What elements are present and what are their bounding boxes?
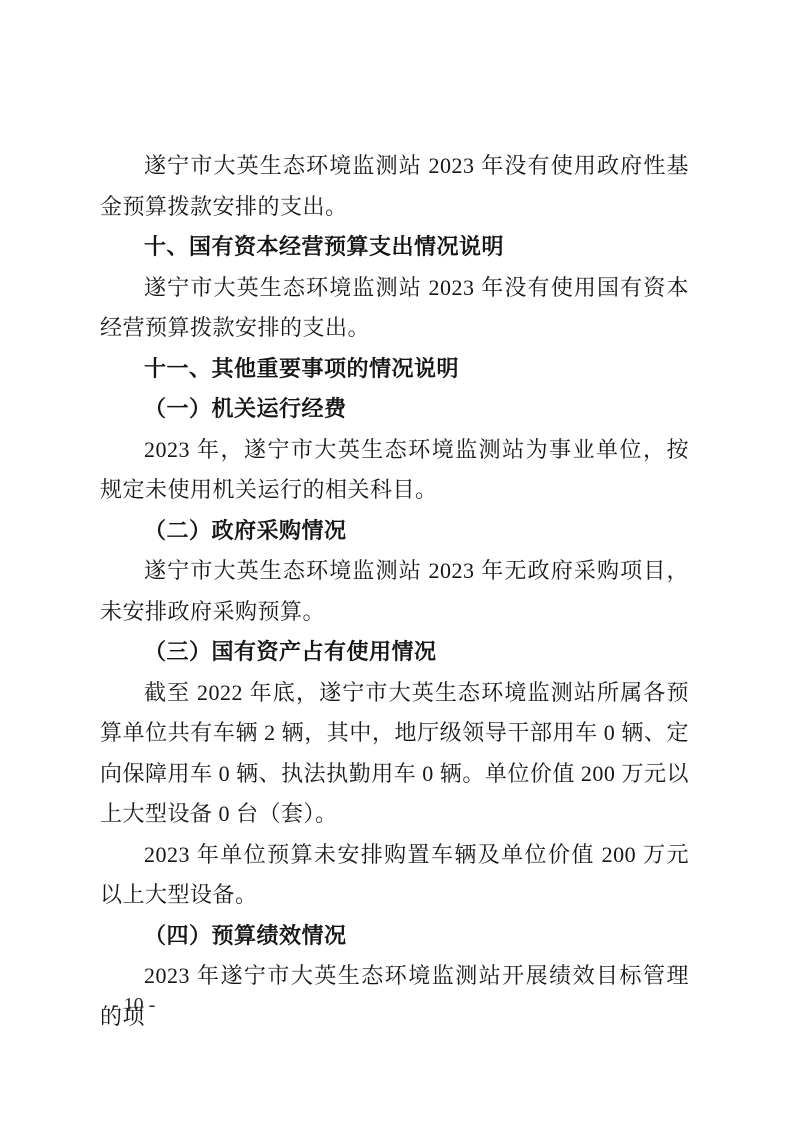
section-heading-11: 十一、其他重要事项的情况说明 bbox=[100, 349, 689, 390]
section-heading-10: 十、国有资本经营预算支出情况说明 bbox=[100, 227, 689, 268]
document-body: 遂宁市大英生态环境监测站 2023 年没有使用政府性基金预算拨款安排的支出。 十… bbox=[100, 146, 689, 1037]
subsection-heading-1: （一）机关运行经费 bbox=[100, 389, 689, 430]
paragraph-state-assets-vehicles: 截至 2022 年底，遂宁市大英生态环境监测站所属各预算单位共有车辆 2 辆，其… bbox=[100, 673, 689, 835]
paragraph-gov-procurement: 遂宁市大英生态环境监测站 2023 年无政府采购项目，未安排政府采购预算。 bbox=[100, 551, 689, 632]
paragraph-agency-operating-funds: 2023 年，遂宁市大英生态环境监测站为事业单位，按规定未使用机关运行的相关科目… bbox=[100, 430, 689, 511]
document-page: 遂宁市大英生态环境监测站 2023 年没有使用政府性基金预算拨款安排的支出。 十… bbox=[0, 0, 793, 1122]
subsection-heading-4: （四）预算绩效情况 bbox=[100, 916, 689, 957]
subsection-heading-3: （三）国有资产占有使用情况 bbox=[100, 632, 689, 673]
paragraph-gov-fund-expense: 遂宁市大英生态环境监测站 2023 年没有使用政府性基金预算拨款安排的支出。 bbox=[100, 146, 689, 227]
paragraph-state-capital-expense: 遂宁市大英生态环境监测站 2023 年没有使用国有资本经营预算拨款安排的支出。 bbox=[100, 268, 689, 349]
paragraph-no-new-purchases: 2023 年单位预算未安排购置车辆及单位价值 200 万元以上大型设备。 bbox=[100, 835, 689, 916]
paragraph-performance-budget: 2023 年遂宁市大英生态环境监测站开展绩效目标管理的项 bbox=[100, 956, 689, 1037]
page-number: - 10 - bbox=[112, 994, 155, 1016]
subsection-heading-2: （二）政府采购情况 bbox=[100, 511, 689, 552]
